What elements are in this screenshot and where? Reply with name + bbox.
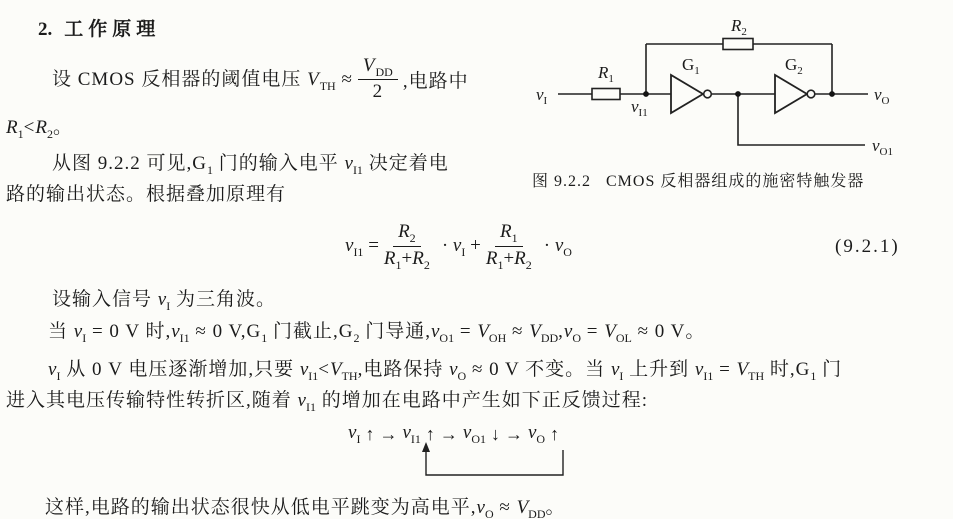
node-vo1-dot [735, 91, 741, 97]
vo1-tap-wire [738, 94, 865, 145]
g1-label: G1 [682, 55, 700, 77]
paragraph-2-line-1: 从图 9.2.2 可见,G1 门的输入电平 vI1 决定着电 [52, 148, 449, 178]
feedback-loop-wire [418, 442, 570, 480]
textbook-page: 2.工作原理 设 CMOS 反相器的阈值电压 VTH ≈ VDD 2 ,电路中 … [0, 0, 953, 519]
equation-fraction-2: R1 R1+R2 [486, 221, 532, 272]
node-vi1-dot [643, 91, 649, 97]
rise-arrow-icon: ↑ [365, 424, 374, 445]
r2-label: R2 [730, 16, 747, 38]
fraction-denominator: R1+R2 [384, 247, 430, 273]
equation-number: (9.2.1) [835, 236, 900, 258]
paragraph-4: 当 vI = 0 V 时,vI1 ≈ 0 V,G1 门截止,G2 门导通,vO1… [48, 316, 705, 346]
fraction-numerator: R2 [393, 221, 421, 247]
inverter-g1-triangle [671, 75, 703, 113]
section-number: 2. [38, 19, 52, 40]
fraction-numerator: R1 [495, 221, 523, 247]
para1-post-text: ,电路中 [403, 66, 469, 93]
right-arrow-icon: → [379, 424, 397, 445]
loop-path [426, 447, 563, 475]
paragraph-5-line-2: 进入其电压传输特性转折区,随着 vI1 的增加在电路中产生如下正反馈过程: [6, 385, 648, 415]
fraction-denominator: 2 [373, 80, 384, 103]
equation-fraction-1: R2 R1+R2 [384, 221, 430, 272]
chain-vi: vI [348, 422, 360, 447]
inverter-g1-bubble [704, 90, 712, 98]
vo1-label: vO1 [872, 136, 893, 158]
equation-lhs: vI1 = [345, 235, 379, 260]
equation-middle: · vI + [442, 235, 481, 260]
vi1-label: vI1 [631, 97, 648, 119]
node-vo-dot [829, 91, 835, 97]
schmitt-trigger-circuit-diagram: vI R1 vI1 G1 R2 G2 vO vO1 [528, 8, 953, 166]
para1-pre-text: 设 CMOS 反相器的阈值电压 VTH ≈ [52, 64, 353, 94]
fraction-denominator: R1+R2 [486, 247, 532, 273]
vdd-over-2-fraction: VDD 2 [358, 55, 398, 103]
r1-label: R1 [597, 63, 614, 85]
figure-caption: 图 9.2.2 CMOS 反相器组成的施密特触发器 [532, 168, 864, 191]
section-heading: 2.工作原理 [38, 14, 160, 41]
paragraph-2-line-2: 路的输出状态。根据叠加原理有 [6, 179, 286, 206]
section-title: 工作原理 [64, 19, 160, 40]
paragraph-1-line-1: 设 CMOS 反相器的阈值电压 VTH ≈ VDD 2 ,电路中 [52, 55, 469, 103]
resistor-r1 [592, 89, 620, 100]
g2-label: G2 [785, 55, 803, 77]
inverter-g2-bubble [807, 90, 815, 98]
vo-label: vO [874, 85, 890, 107]
equation-tail: · vO [544, 235, 572, 260]
resistor-r2 [723, 39, 753, 50]
paragraph-6: 这样,电路的输出状态很快从低电平跳变为高电平,vO ≈ VDD。 [45, 492, 566, 519]
inverter-g2-triangle [775, 75, 807, 113]
loop-arrowhead-icon [422, 442, 430, 452]
equation-9-2-1: vI1 = R2 R1+R2 · vI + R1 R1+R2 · vO [345, 221, 572, 273]
paragraph-5-line-1: vI 从 0 V 电压逐渐增加,只要 vI1<VTH,电路保持 vO ≈ 0 V… [48, 354, 842, 384]
paragraph-3: 设输入信号 vI 为三角波。 [52, 284, 276, 314]
fraction-numerator: VDD [358, 55, 398, 81]
paragraph-1-line-2: R1<R2。 [6, 112, 73, 142]
vi-label: vI [536, 85, 548, 107]
